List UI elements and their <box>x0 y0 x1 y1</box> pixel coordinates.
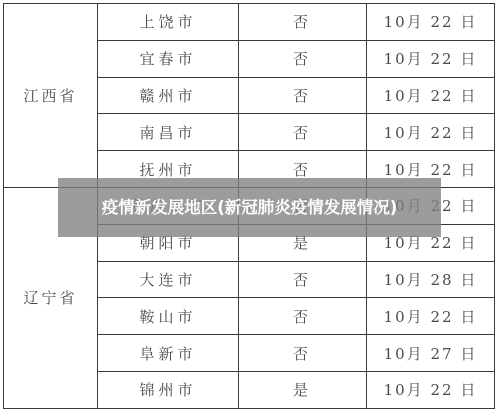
date-cell: 10月 22 日 <box>367 114 495 151</box>
flag-cell: 否 <box>239 40 367 77</box>
flag-cell: 否 <box>239 77 367 114</box>
city-cell: 鞍山市 <box>98 298 239 335</box>
city-cell: 锦州市 <box>98 371 239 408</box>
flag-cell: 否 <box>239 114 367 151</box>
overlay-title: 疫情新发展地区(新冠肺炎疫情发展情况) <box>75 197 425 218</box>
date-cell: 10月 22 日 <box>367 77 495 114</box>
city-cell: 阜新市 <box>98 335 239 372</box>
city-cell: 大连市 <box>98 261 239 298</box>
city-cell: 赣州市 <box>98 77 239 114</box>
table-row: 江西省 上饶市 否 10月 22 日 <box>4 4 495 41</box>
city-cell: 上饶市 <box>98 4 239 41</box>
date-cell: 10月 28 日 <box>367 261 495 298</box>
flag-cell: 否 <box>239 298 367 335</box>
date-cell: 10月 22 日 <box>367 298 495 335</box>
province-cell: 江西省 <box>4 4 98 188</box>
date-cell: 10月 22 日 <box>367 4 495 41</box>
city-cell: 南昌市 <box>98 114 239 151</box>
date-cell: 10月 27 日 <box>367 335 495 372</box>
flag-cell: 否 <box>239 335 367 372</box>
title-overlay-banner: 疫情新发展地区(新冠肺炎疫情发展情况) <box>58 178 441 237</box>
date-cell: 10月 22 日 <box>367 371 495 408</box>
date-cell: 10月 22 日 <box>367 40 495 77</box>
flag-cell: 否 <box>239 4 367 41</box>
flag-cell: 否 <box>239 261 367 298</box>
city-cell: 宜春市 <box>98 40 239 77</box>
flag-cell: 是 <box>239 371 367 408</box>
